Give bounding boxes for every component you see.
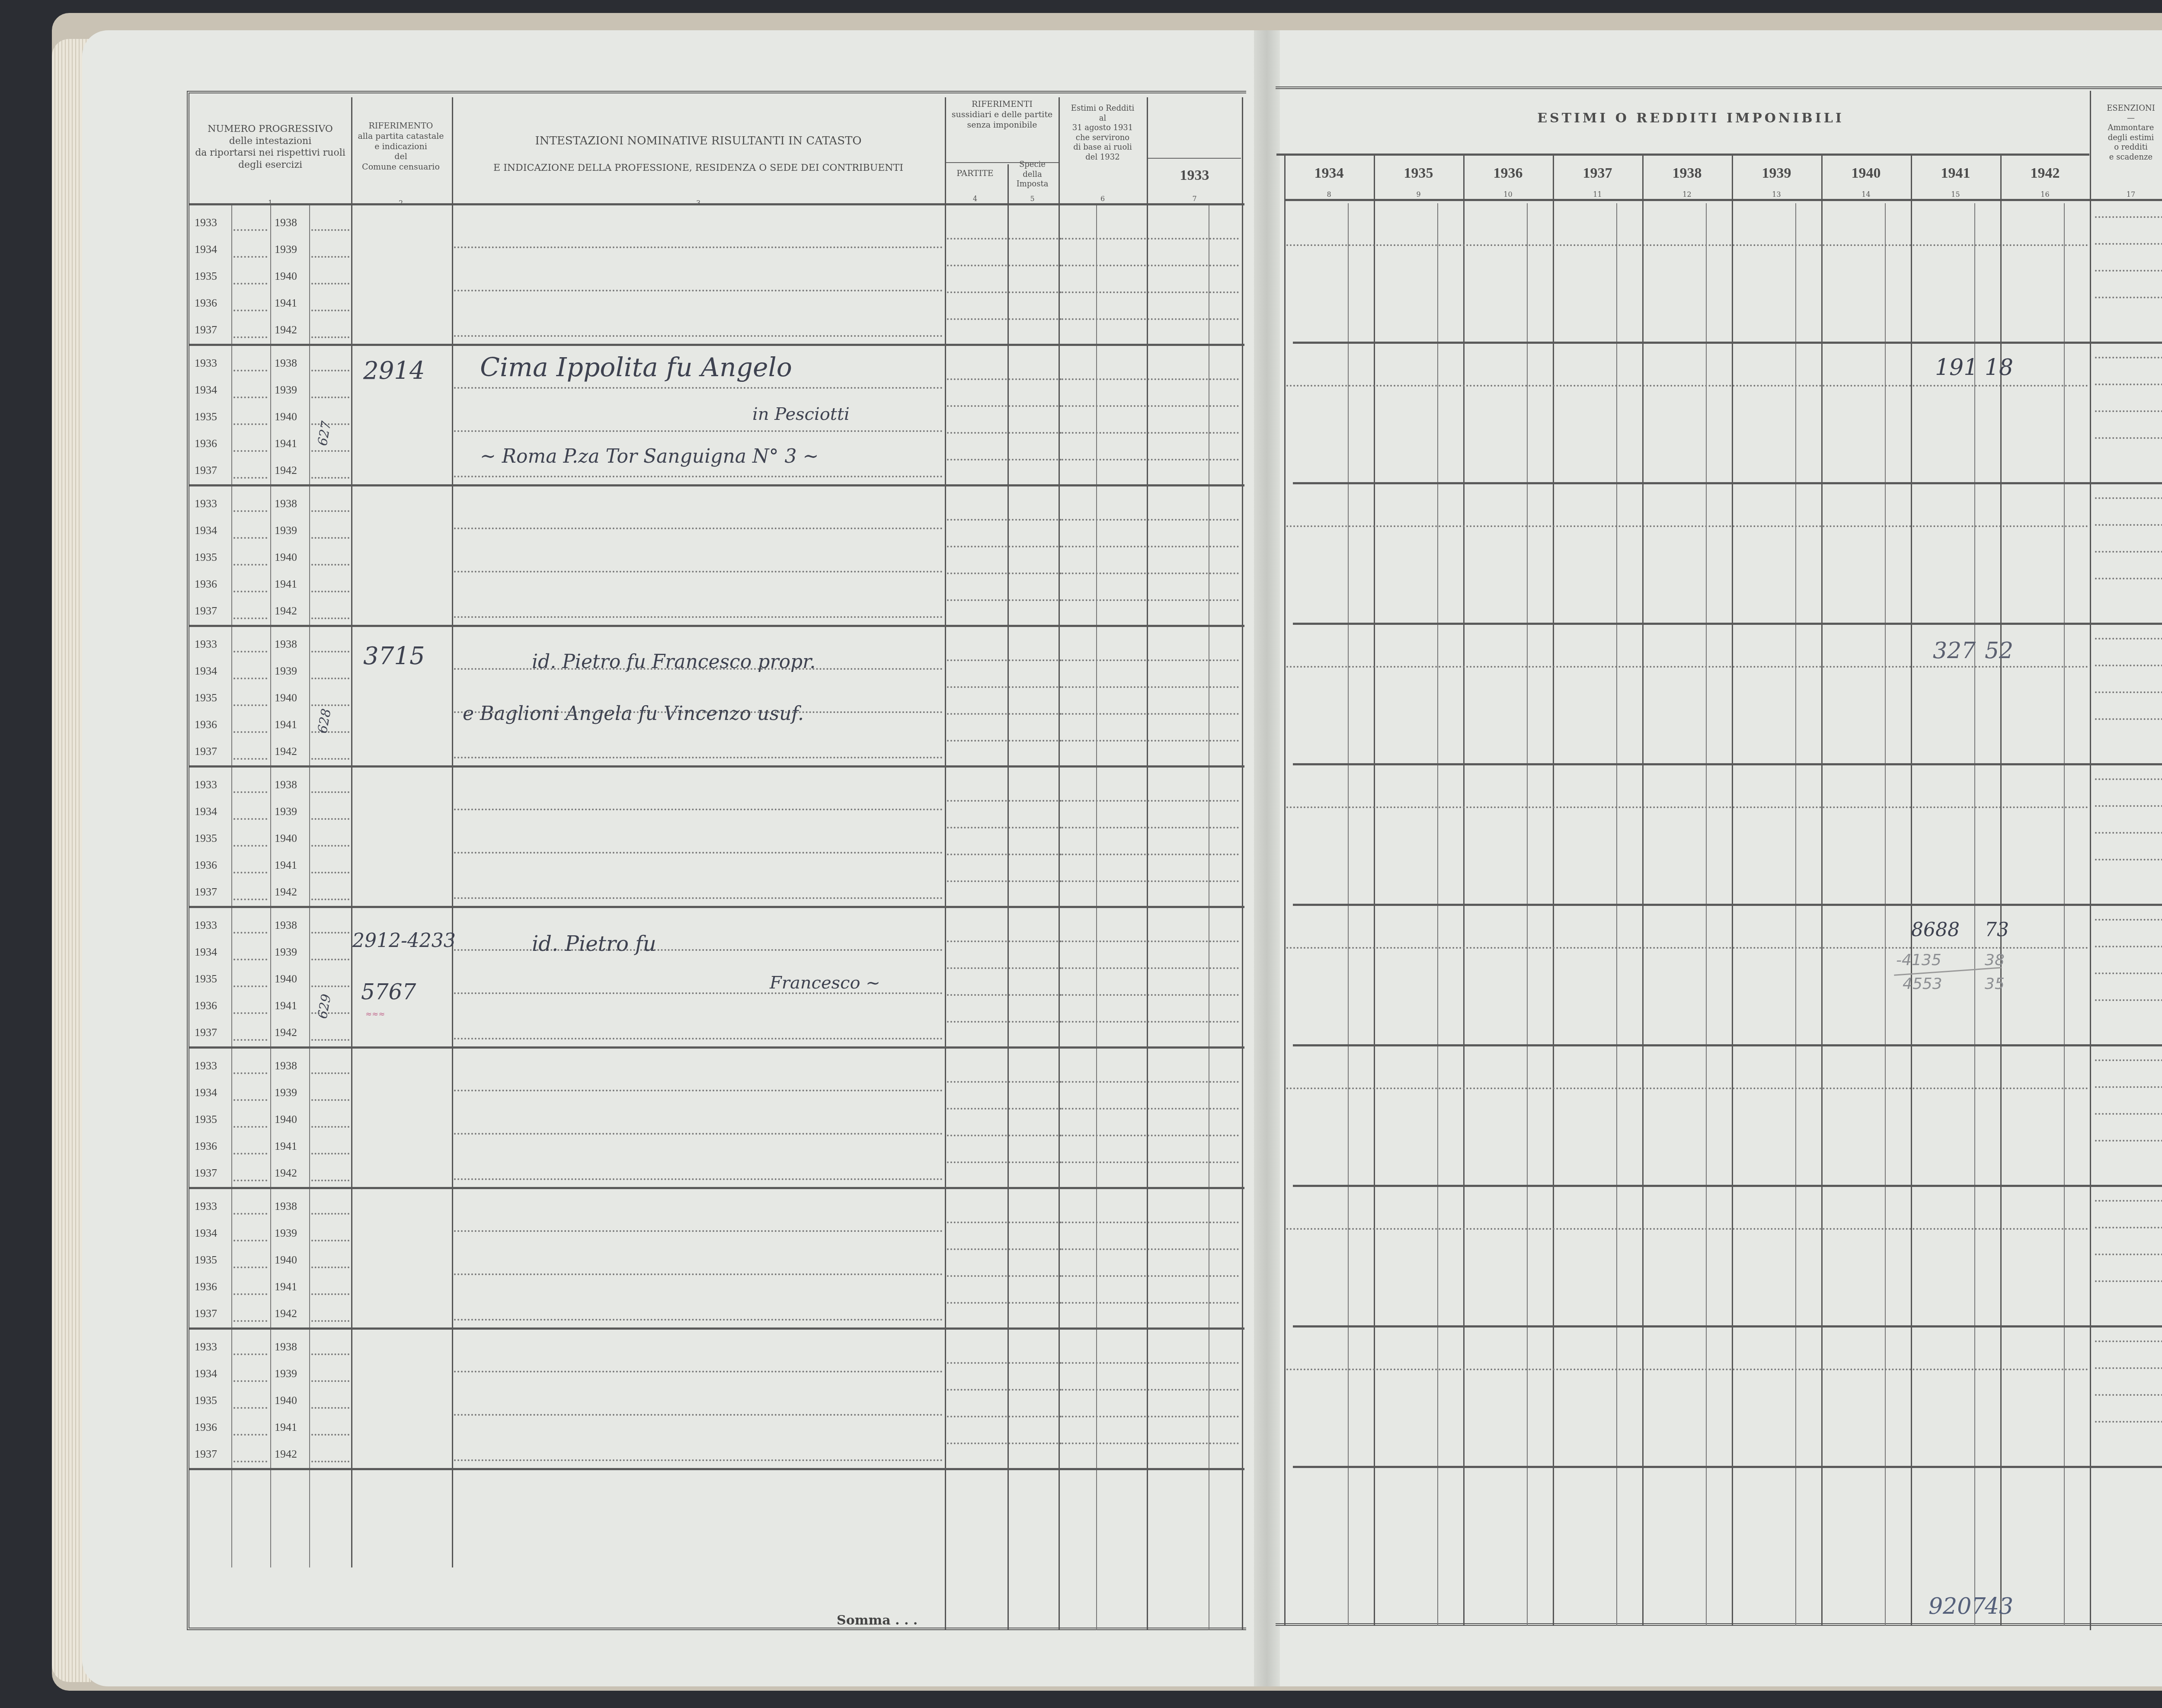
dotted-fill-line: [947, 1275, 1062, 1277]
dotted-fill-line: [947, 1248, 1062, 1250]
dotted-writing-line: [454, 387, 943, 389]
col-number: 8: [1284, 190, 1374, 198]
dotted-fill-line: [233, 1099, 267, 1101]
header-col45-title: RIFERIMENTI: [945, 99, 1059, 110]
year-label: 1942: [275, 605, 297, 617]
year-label: 1933: [195, 1340, 217, 1353]
cent-subdivider: [1706, 203, 1707, 1626]
header-bottom-rule: [189, 203, 1244, 205]
dotted-writing-line: [454, 616, 943, 618]
header-col5-line: Specie: [1007, 160, 1057, 170]
subheader-rule: [1276, 154, 2089, 156]
col-divider: [1242, 97, 1243, 1630]
dotted-fill-line: [311, 872, 349, 873]
dotted-writing-line: [454, 1178, 943, 1180]
year-label: 1935: [195, 410, 217, 423]
dotted-fill-line: [311, 537, 349, 539]
year-label: 1935: [195, 972, 217, 985]
record-line: id. Pietro fu: [532, 932, 656, 956]
dotted-fill-line: [947, 546, 1062, 547]
left-table-frame: [187, 91, 1246, 1630]
block-rule: [1293, 342, 2162, 344]
year-label: 1940: [275, 1254, 297, 1267]
dotted-fill-line: [1062, 291, 1239, 293]
header-col6-line: 31 agosto 1931: [1059, 123, 1146, 133]
dotted-fill-line: [1062, 573, 1239, 574]
dotted-fill-line: [1062, 1135, 1239, 1136]
dotted-fill-line: [1062, 519, 1239, 521]
col-divider: [452, 97, 453, 1567]
col-divider: [2090, 91, 2091, 1630]
right-table-frame: [1276, 86, 2162, 1626]
dotted-fill-line: [233, 791, 267, 793]
col-number: 14: [1821, 190, 1911, 198]
dotted-fill-line: [233, 1380, 267, 1382]
dotted-fill-line: [311, 450, 349, 452]
year-column-header: 1934: [1284, 164, 1374, 183]
dotted-fill-line: [233, 336, 267, 338]
col-divider: [1007, 164, 1009, 1630]
dotted-fill-line: [1062, 546, 1239, 547]
cent-subdivider: [1437, 203, 1438, 1626]
col-number: 6: [1059, 195, 1146, 203]
record-line: ~ Roma P.za Tor Sanguigna N° 3 ~: [480, 445, 819, 467]
cent-subdivider: [1974, 203, 1975, 1626]
dotted-fill-line: [233, 731, 267, 733]
amount-1941-cent: 73: [1985, 919, 2009, 941]
dotted-fill-line: [2095, 1340, 2162, 1342]
year-label: 1935: [195, 832, 217, 845]
dotted-fill-line: [1062, 713, 1239, 715]
year-label: 1939: [275, 1227, 297, 1240]
dotted-fill-line: [311, 283, 349, 285]
dotted-fill-line: [947, 740, 1062, 742]
dotted-fill-line: [1062, 459, 1239, 461]
dotted-fill-line: [947, 599, 1062, 601]
dotted-fill-line: [2095, 384, 2162, 385]
block-rule: [189, 344, 1244, 346]
dotted-fill-line: [233, 370, 267, 371]
dotted-fill-line: [311, 1126, 349, 1128]
col-number: 5: [1007, 195, 1057, 203]
header-col17-sub: o redditi: [2092, 143, 2162, 153]
year-label: 1938: [275, 919, 297, 932]
year-label: 1942: [275, 886, 297, 899]
block-rule: [189, 1187, 1244, 1189]
year-label: 1938: [275, 1059, 297, 1072]
year-label: 1937: [195, 323, 217, 336]
dotted-fill-line: [1062, 1416, 1239, 1417]
year-label: 1937: [195, 886, 217, 899]
dotted-fill-line: [947, 800, 1062, 802]
dotted-fill-line: [2095, 1421, 2162, 1423]
dotted-fill-line: [2095, 1113, 2162, 1115]
dotted-writing-line: [454, 290, 943, 291]
dotted-writing-line: [1286, 947, 2088, 949]
dotted-fill-line: [311, 1072, 349, 1074]
dotted-writing-line: [454, 571, 943, 573]
year-label: 1936: [195, 859, 217, 872]
header-col6-line: che servirono: [1059, 133, 1146, 143]
dotted-fill-line: [2095, 270, 2162, 272]
dotted-fill-line: [1062, 827, 1239, 828]
dotted-fill-line: [311, 1267, 349, 1268]
header-col6-line: di base ai ruoli: [1059, 143, 1146, 153]
dotted-fill-line: [233, 397, 267, 398]
dotted-writing-line: [454, 335, 943, 337]
dotted-fill-line: [233, 845, 267, 847]
year-label: 1934: [195, 524, 217, 537]
year-label: 1940: [275, 832, 297, 845]
dotted-fill-line: [311, 899, 349, 900]
year-label: 1936: [195, 718, 217, 731]
dotted-fill-line: [233, 932, 267, 934]
year-label: 1938: [275, 216, 297, 229]
col-divider: [351, 97, 352, 1567]
cent-subdivider: [1348, 203, 1349, 1626]
dotted-fill-line: [1062, 994, 1239, 996]
dotted-fill-line: [1062, 1362, 1239, 1364]
year-label: 1934: [195, 1367, 217, 1380]
sum-label: Somma . . .: [837, 1613, 918, 1628]
dotted-fill-line: [2095, 999, 2162, 1001]
dotted-writing-line: [454, 809, 943, 810]
year-label: 1933: [195, 1200, 217, 1213]
block-rule: [1293, 623, 2162, 625]
dotted-fill-line: [2095, 1254, 2162, 1255]
dotted-fill-line: [2095, 1394, 2162, 1396]
col-number: 10: [1463, 190, 1553, 198]
header-col17-sub: degli estimi: [2092, 133, 2162, 143]
col-divider: [1059, 97, 1060, 1630]
col-number: 7: [1148, 195, 1241, 203]
header-col7-year: 1933: [1148, 166, 1241, 185]
dotted-writing-line: [1286, 1087, 2088, 1089]
year-label: 1934: [195, 243, 217, 256]
col-number: 17: [2092, 190, 2162, 198]
dotted-fill-line: [311, 932, 349, 934]
record-line: Francesco ~: [770, 973, 880, 993]
amount-1941-net-lire: 4553: [1903, 975, 1942, 993]
header-col6-line: del 1932: [1059, 153, 1146, 163]
dotted-fill-line: [1062, 1081, 1239, 1083]
block-rule: [189, 906, 1244, 908]
block-rule: [189, 1468, 1244, 1470]
year-column-header: 1941: [1911, 164, 2000, 183]
dotted-fill-line: [2095, 778, 2162, 780]
year-label: 1942: [275, 323, 297, 336]
dotted-fill-line: [1062, 1021, 1239, 1023]
header-col1: NUMERO PROGRESSIVO delle intestazioni da…: [190, 123, 350, 171]
block-rule: [1293, 904, 2162, 906]
dotted-fill-line: [947, 1362, 1062, 1364]
year-label: 1936: [195, 437, 217, 450]
year-label: 1939: [275, 805, 297, 818]
dotted-writing-line: [454, 1133, 943, 1135]
dotted-fill-line: [947, 854, 1062, 855]
dotted-fill-line: [2095, 718, 2162, 720]
dotted-fill-line: [947, 573, 1062, 574]
dotted-fill-line: [311, 1180, 349, 1181]
year-label: 1938: [275, 638, 297, 651]
year-label: 1942: [275, 1307, 297, 1320]
col1-subdivider: [309, 205, 310, 1567]
block-rule: [1293, 482, 2162, 484]
header-col5: Specie della Imposta: [1007, 160, 1057, 189]
dotted-fill-line: [311, 477, 349, 479]
dotted-writing-line: [454, 1414, 943, 1416]
dotted-fill-line: [233, 1126, 267, 1128]
dotted-fill-line: [311, 1407, 349, 1409]
dotted-writing-line: [1286, 1228, 2088, 1230]
dotted-fill-line: [947, 459, 1062, 461]
header-col1-sub: delle intestazioni: [190, 135, 350, 147]
year-label: 1934: [195, 805, 217, 818]
year-column-header: 1939: [1732, 164, 1821, 183]
dotted-fill-line: [233, 591, 267, 592]
dotted-fill-line: [1062, 967, 1239, 969]
year-column-header: 1935: [1374, 164, 1463, 183]
block-rule: [189, 484, 1244, 486]
year-label: 1935: [195, 1113, 217, 1126]
dotted-fill-line: [311, 1461, 349, 1462]
header-group-title: ESTIMI O REDDITI IMPONIBILI: [1289, 110, 2093, 127]
dotted-fill-line: [311, 758, 349, 760]
dotted-writing-line: [454, 1230, 943, 1232]
dotted-fill-line: [233, 1072, 267, 1074]
dotted-fill-line: [947, 659, 1062, 661]
dotted-fill-line: [233, 1180, 267, 1181]
dotted-fill-line: [233, 564, 267, 566]
year-label: 1940: [275, 410, 297, 423]
record-line: Cima Ippolita fu Angelo: [480, 352, 792, 383]
block-rule: [1293, 1325, 2162, 1327]
dotted-fill-line: [947, 1081, 1062, 1083]
year-label: 1939: [275, 665, 297, 678]
year-label: 1941: [275, 1280, 297, 1293]
header-col2-sub: e indicazioni: [351, 142, 451, 152]
year-label: 1938: [275, 1340, 297, 1353]
dotted-fill-line: [2095, 578, 2162, 579]
dotted-fill-line: [233, 1213, 267, 1215]
dotted-fill-line: [1062, 854, 1239, 855]
dotted-fill-line: [311, 818, 349, 820]
dotted-fill-line: [311, 985, 349, 987]
dotted-fill-line: [947, 1416, 1062, 1417]
dotted-fill-line: [947, 432, 1062, 434]
year-label: 1937: [195, 1026, 217, 1039]
cent-subdivider: [1885, 203, 1886, 1626]
dotted-fill-line: [233, 477, 267, 479]
dotted-fill-line: [311, 1320, 349, 1322]
year-label: 1936: [195, 297, 217, 310]
col-divider: [1642, 156, 1644, 1626]
dotted-fill-line: [311, 229, 349, 231]
year-label: 1941: [275, 1140, 297, 1153]
dotted-fill-line: [311, 370, 349, 371]
year-label: 1937: [195, 745, 217, 758]
year-label: 1935: [195, 1394, 217, 1407]
year-column-header: 1936: [1463, 164, 1553, 183]
col-number: 11: [1553, 190, 1642, 198]
dotted-fill-line: [2095, 437, 2162, 439]
subheader-rule: [1148, 158, 1241, 159]
dotted-fill-line: [233, 1012, 267, 1014]
dotted-fill-line: [947, 378, 1062, 380]
dotted-fill-line: [311, 1353, 349, 1355]
dotted-fill-line: [1062, 238, 1239, 240]
dotted-fill-line: [2095, 1280, 2162, 1282]
amount-1941-minus-lire: -4135: [1896, 951, 1941, 969]
dotted-fill-line: [311, 310, 349, 311]
dotted-fill-line: [2095, 1227, 2162, 1228]
dotted-fill-line: [233, 423, 267, 425]
dotted-fill-line: [2095, 1367, 2162, 1369]
year-label: 1941: [275, 1421, 297, 1434]
dotted-fill-line: [311, 845, 349, 847]
dotted-fill-line: [947, 291, 1062, 293]
dotted-fill-line: [233, 872, 267, 873]
header-col3-title: INTESTAZIONI NOMINATIVE RISULTANTI IN CA…: [454, 134, 943, 148]
header-col1-sub: da riportarsi nei rispettivi ruoli: [190, 147, 350, 159]
year-label: 1934: [195, 1086, 217, 1099]
year-label: 1940: [275, 1113, 297, 1126]
dotted-fill-line: [311, 1099, 349, 1101]
record-line: e Baglioni Angela fu Vincenzo usuf.: [463, 703, 804, 725]
col-divider: [1147, 97, 1148, 1630]
year-label: 1941: [275, 437, 297, 450]
year-label: 1941: [275, 999, 297, 1012]
year-column-header: 1942: [2000, 164, 2090, 183]
block-rule: [1293, 1185, 2162, 1187]
year-label: 1933: [195, 1059, 217, 1072]
dotted-fill-line: [311, 617, 349, 619]
year-label: 1934: [195, 665, 217, 678]
partita-number: 2914: [363, 357, 425, 385]
dotted-fill-line: [311, 959, 349, 960]
dotted-fill-line: [233, 1039, 267, 1041]
dotted-fill-line: [947, 1443, 1062, 1444]
year-label: 1940: [275, 972, 297, 985]
dotted-fill-line: [233, 1267, 267, 1268]
dotted-fill-line: [1062, 599, 1239, 601]
dotted-fill-line: [233, 229, 267, 231]
dotted-writing-line: [454, 897, 943, 899]
col-divider: [1911, 156, 1912, 1626]
year-label: 1938: [275, 1200, 297, 1213]
dotted-writing-line: [454, 1038, 943, 1040]
dotted-fill-line: [311, 791, 349, 793]
dotted-fill-line: [947, 238, 1062, 240]
dotted-fill-line: [1062, 318, 1239, 320]
col-number: 16: [2000, 190, 2090, 198]
dotted-fill-line: [1062, 940, 1239, 942]
dotted-fill-line: [2095, 524, 2162, 526]
dotted-fill-line: [311, 1039, 349, 1041]
dotted-writing-line: [454, 246, 943, 248]
year-label: 1934: [195, 384, 217, 397]
block-rule: [189, 1327, 1244, 1330]
header-col3-sub: E INDICAZIONE DELLA PROFESSIONE, RESIDEN…: [454, 162, 943, 174]
header-col2-title: RIFERIMENTO: [351, 121, 451, 131]
year-label: 1933: [195, 638, 217, 651]
amount-1941-cent: 18: [1985, 355, 2013, 381]
amount-1941-lire: 8688: [1911, 919, 1960, 941]
year-label: 1940: [275, 691, 297, 704]
year-column-header: 1937: [1553, 164, 1642, 183]
dotted-fill-line: [311, 256, 349, 258]
dotted-fill-line: [2095, 216, 2162, 218]
col-divider: [1463, 156, 1465, 1626]
header-col45-sub: sussidiari e delle partite: [945, 110, 1059, 120]
year-label: 1939: [275, 946, 297, 959]
dotted-fill-line: [947, 1021, 1062, 1023]
header-col1-title: NUMERO PROGRESSIVO: [190, 123, 350, 135]
year-label: 1936: [195, 1140, 217, 1153]
year-label: 1937: [195, 1167, 217, 1180]
col-number: 13: [1732, 190, 1821, 198]
dotted-fill-line: [2095, 805, 2162, 807]
dotted-fill-line: [2095, 497, 2162, 499]
dotted-fill-line: [1062, 1389, 1239, 1391]
partita-extra: 5767: [361, 979, 416, 1004]
partita-number: 3715: [363, 642, 425, 670]
header-col17-title: ESENZIONI: [2092, 104, 2162, 114]
dotted-fill-line: [1062, 1161, 1239, 1163]
dotted-fill-line: [2095, 410, 2162, 412]
header-col2-sub: Comune censuario: [351, 162, 451, 173]
dotted-fill-line: [947, 318, 1062, 320]
dotted-fill-line: [1062, 740, 1239, 742]
header-col2-sub: alla partita catastale: [351, 131, 451, 142]
dotted-fill-line: [2095, 665, 2162, 666]
dotted-writing-line: [1286, 385, 2088, 387]
dotted-fill-line: [311, 1434, 349, 1436]
dotted-fill-line: [311, 591, 349, 592]
dotted-fill-line: [2095, 859, 2162, 860]
header-col2-sub: del: [351, 152, 451, 162]
amount-1941-cent: 52: [1985, 638, 2013, 664]
dotted-fill-line: [1062, 1302, 1239, 1304]
col-divider: [1374, 156, 1375, 1626]
dotted-fill-line: [1062, 1443, 1239, 1444]
dotted-fill-line: [1062, 1248, 1239, 1250]
dotted-fill-line: [311, 1293, 349, 1295]
dotted-writing-line: [454, 476, 943, 477]
dotted-fill-line: [311, 651, 349, 652]
dotted-fill-line: [2095, 1200, 2162, 1202]
dotted-writing-line: [1286, 525, 2088, 527]
col-divider: [1284, 156, 1286, 1626]
amount-1941-lire: 327: [1933, 638, 1976, 664]
header-col6-line: Estimi o Redditi: [1059, 104, 1146, 114]
dotted-fill-line: [2095, 638, 2162, 640]
year-label: 1939: [275, 384, 297, 397]
dotted-fill-line: [947, 686, 1062, 688]
dotted-fill-line: [947, 1108, 1062, 1110]
header-col17: ESENZIONI — Ammontare degli estimi o red…: [2092, 104, 2162, 162]
dotted-fill-line: [233, 537, 267, 539]
block-rule: [189, 765, 1244, 768]
col-divider: [1732, 156, 1733, 1626]
header-col45-sub: senza imponibile: [945, 120, 1059, 131]
dotted-fill-line: [947, 1389, 1062, 1391]
year-label: 1937: [195, 605, 217, 617]
year-label: 1942: [275, 1026, 297, 1039]
header-col6: Estimi o Redditi al 31 agosto 1931 che s…: [1059, 104, 1146, 162]
dotted-fill-line: [311, 678, 349, 679]
dotted-fill-line: [233, 985, 267, 987]
